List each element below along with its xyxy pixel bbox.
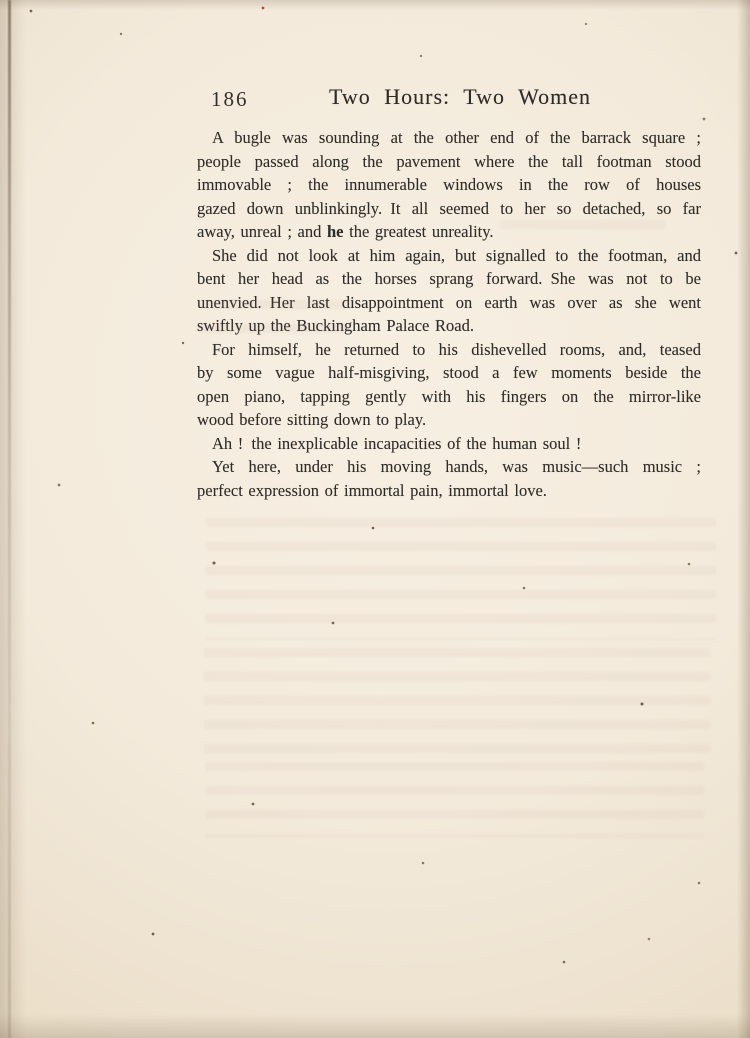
bleed-through-text — [200, 300, 350, 334]
text-line: A bugle was sounding at the other end of… — [197, 126, 701, 150]
bleed-through-text — [206, 762, 704, 838]
text-line: She did not look at him again, but signa… — [197, 244, 701, 268]
paragraph: Yet here, under his moving hands, was mu… — [197, 455, 701, 502]
bleed-through-text — [500, 220, 665, 244]
bleed-through-text — [206, 518, 716, 640]
page-gutter-crease — [8, 0, 11, 1038]
scanned-book-page: 186 Two Hours: Two Women A bugle was sou… — [0, 0, 750, 1038]
text-line: by some vague half-misgiving, stood a fe… — [197, 361, 701, 385]
text-line: people passed along the pavement where t… — [197, 150, 701, 174]
text-line: Ah ! the inexplicable incapacities of th… — [197, 432, 701, 456]
page-header: 186 Two Hours: Two Women — [197, 84, 701, 116]
paragraph: Ah ! the inexplicable incapacities of th… — [197, 432, 701, 456]
paragraph: For himself, he returned to his dishevel… — [197, 338, 701, 432]
text-line: gazed down unblinkingly. It all seemed t… — [197, 197, 701, 221]
bleed-through-text — [204, 648, 710, 760]
running-title: Two Hours: Two Women — [197, 84, 701, 110]
text-line: immovable ; the innumerable windows in t… — [197, 173, 701, 197]
text-line: open piano, tapping gently with his fing… — [197, 385, 701, 409]
dust-specks — [0, 0, 2, 2]
text-line: perfect expression of immortal pain, imm… — [197, 479, 701, 503]
text-line: wood before sitting down to play. — [197, 408, 701, 432]
text-line: bent her head as the horses sprang forwa… — [197, 267, 701, 291]
page-number: 186 — [211, 87, 249, 112]
text-line: For himself, he returned to his dishevel… — [197, 338, 701, 362]
text-line: Yet here, under his moving hands, was mu… — [197, 455, 701, 479]
emphasized-word: he — [327, 222, 344, 241]
